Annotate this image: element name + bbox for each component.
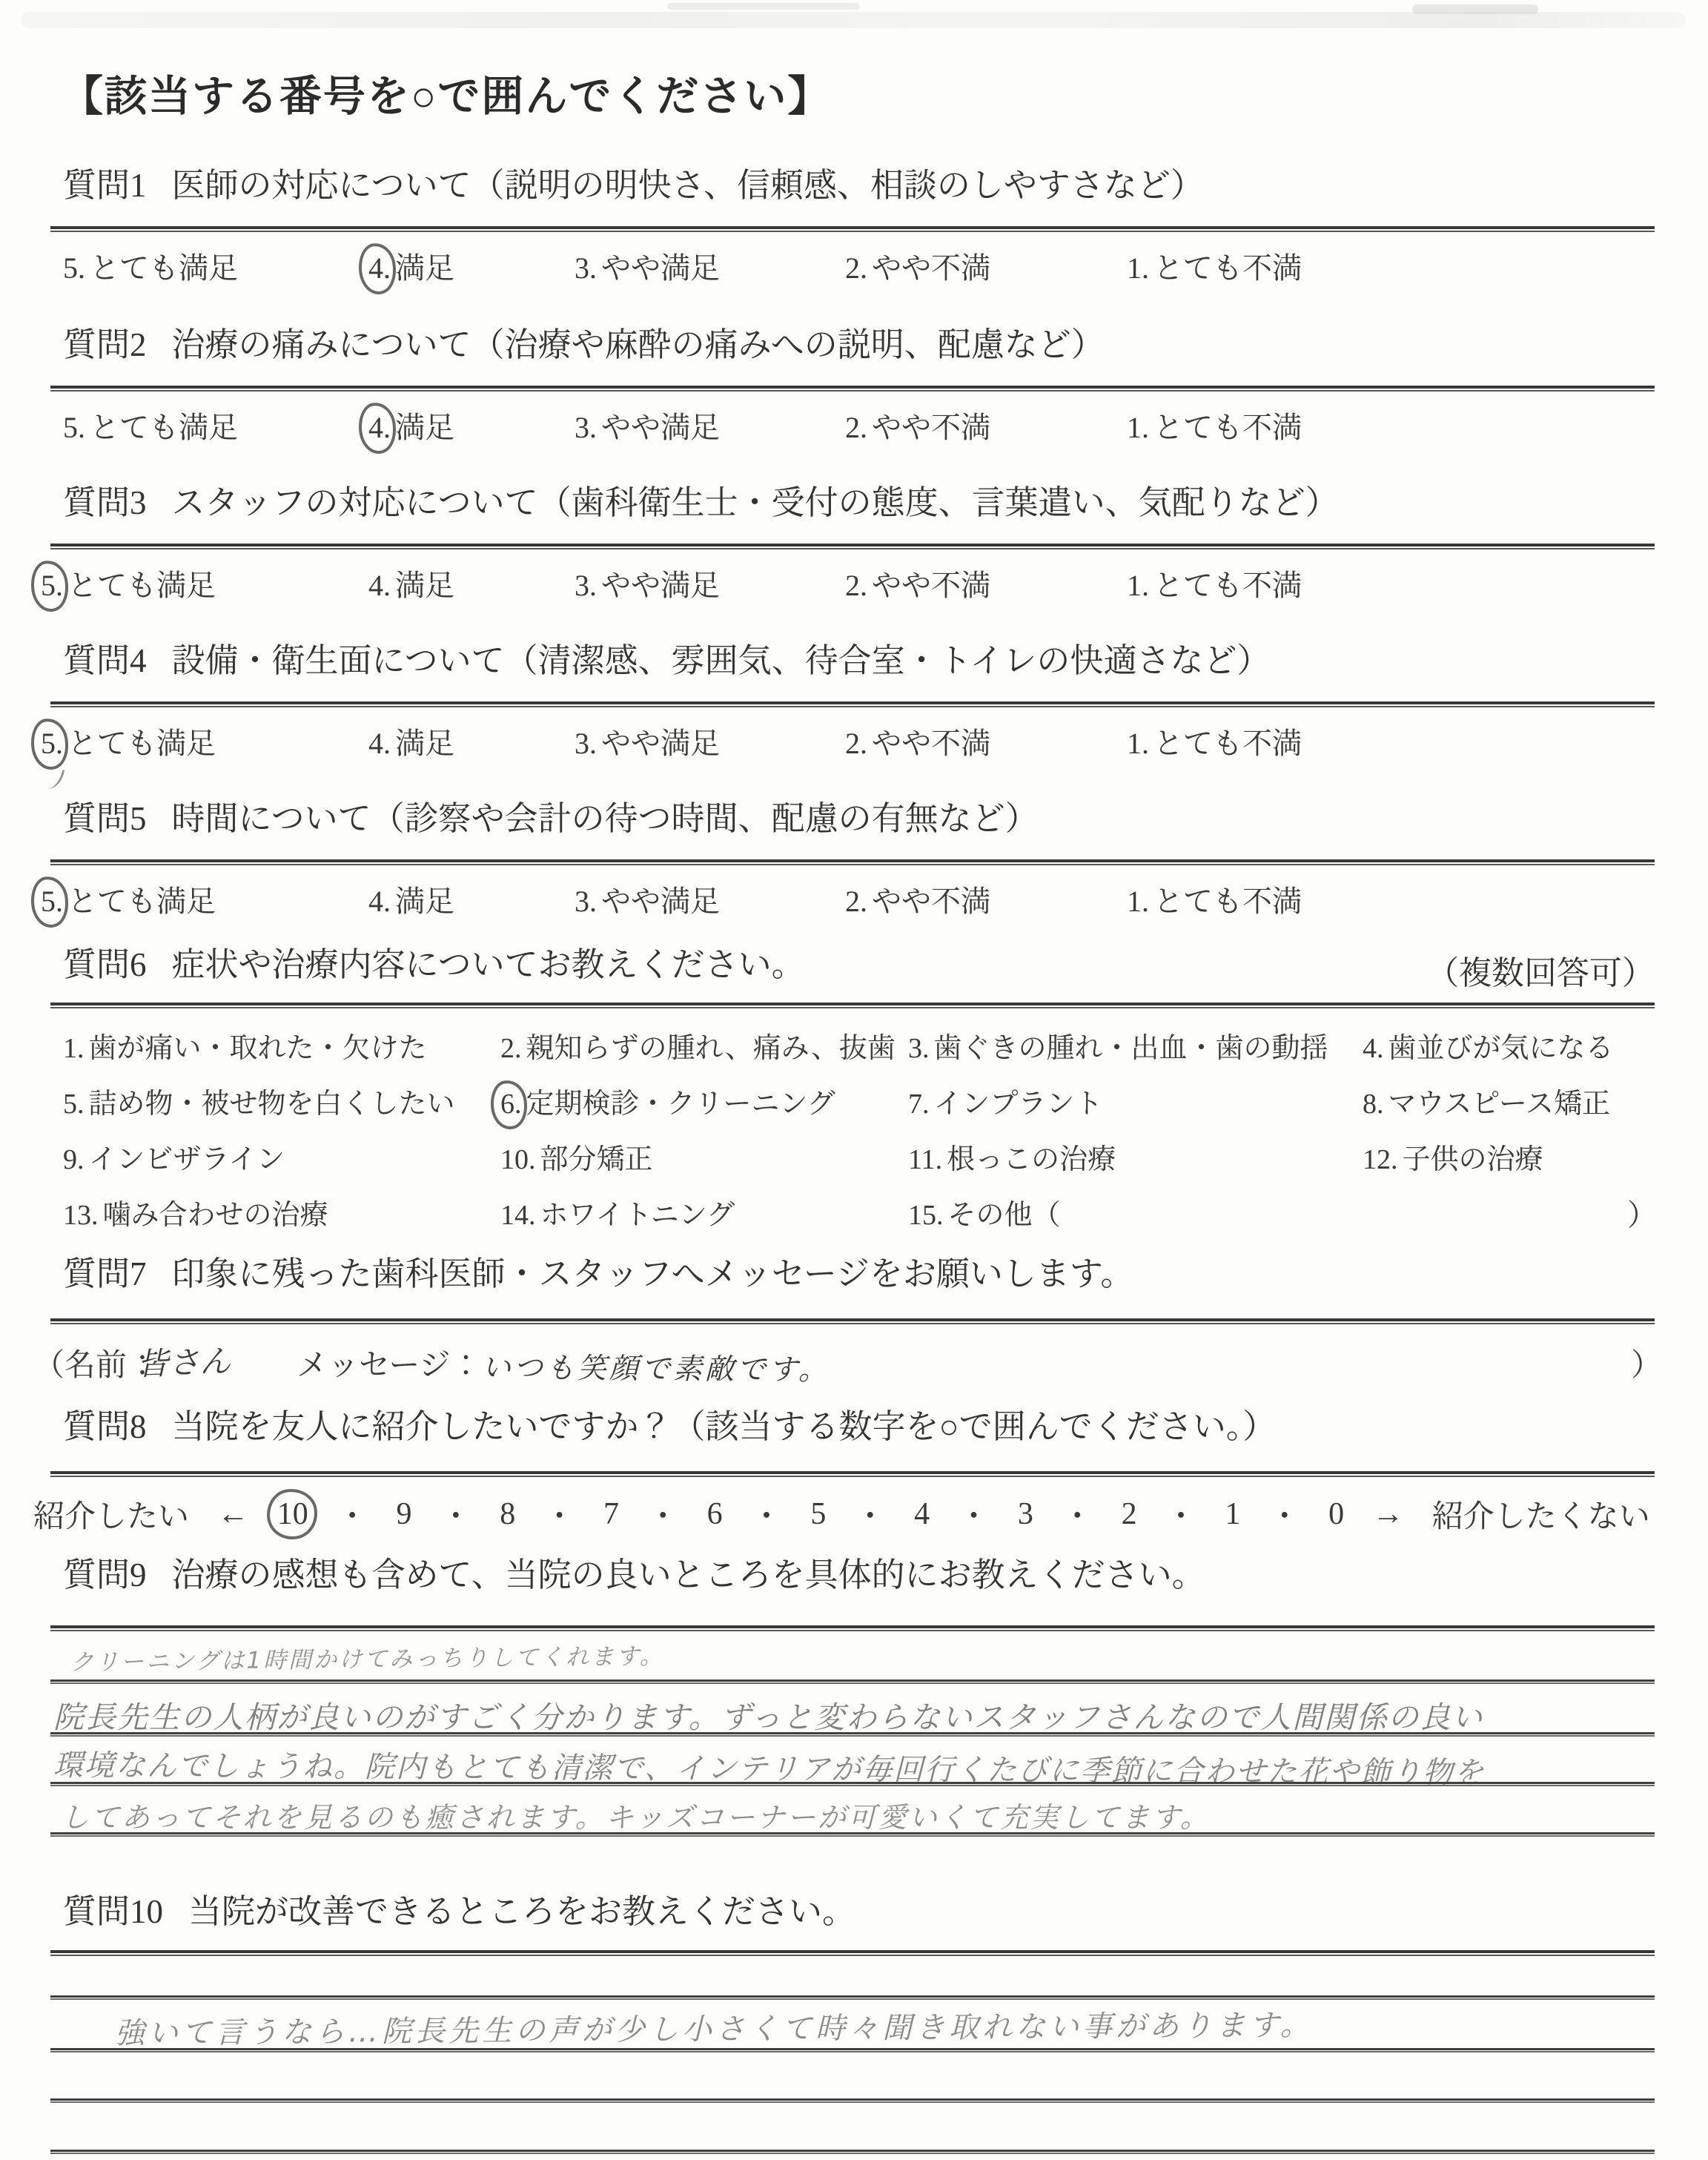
answer-line-rule <box>50 2098 1655 2103</box>
question-2-label: 質問2 <box>63 326 147 363</box>
question-2: 質問2治療の痛みについて（治療や麻酔の痛みへの説明、配慮など） 5.とても満足 … <box>0 326 1708 475</box>
question-8-title: 当院を友人に紹介したいですか？（該当する数字を○で囲んでください。） <box>172 1408 1277 1445</box>
name-handwritten: 皆さん <box>136 1337 231 1384</box>
handwritten-line-4: してあってそれを見るのも癒されます。キッズコーナーが可愛いくて充実してます。 <box>61 1794 1211 1835</box>
option-very-dissatisfied: 1.とても不満 <box>1127 404 1302 446</box>
option-somewhat-dissatisfied: 2.やや不満 <box>845 878 990 920</box>
question-6-label: 質問6 <box>63 946 147 983</box>
question-1-header: 質問1医師の対応について（説明の明快さ、信頼感、相談のしやすさなど） <box>63 167 1204 205</box>
option-somewhat-dissatisfied: 2.やや不満 <box>845 404 990 446</box>
scale-separator: ・ <box>440 1492 471 1536</box>
other-close-paren: ） <box>1627 1192 1657 1234</box>
recommend-scale-row: 紹介したい ← 10 ・ 9 ・ 8 ・ 7 ・ 6 ・ 5 ・ 4 ・ 3 ・… <box>33 1492 1650 1536</box>
scale-separator: ・ <box>647 1492 678 1536</box>
question-3-header: 質問3スタッフの対応について（歯科衛生士・受付の態度、言葉遣い、気配りなど） <box>63 484 1339 523</box>
right-arrow-icon: → <box>1372 1496 1403 1532</box>
symptom-item-13: 13.噛み合わせの治療 <box>63 1192 328 1232</box>
option-very-satisfied: 5.とても満足 <box>41 720 216 762</box>
question-4: 質問4設備・衛生面について（清潔感、雰囲気、待合室・トイレの快適さなど） 5.と… <box>0 642 1708 790</box>
question-2-header: 質問2治療の痛みについて（治療や麻酔の痛みへの説明、配慮など） <box>63 326 1105 365</box>
handwritten-line-2: 院長先生の人柄が良いのがすごく分かります。ずっと変わらないスタッフさんなので人間… <box>53 1693 1483 1737</box>
question-2-title: 治療の痛みについて（治療や麻酔の痛みへの説明、配慮など） <box>172 326 1105 363</box>
option-somewhat-dissatisfied: 2.やや不満 <box>845 562 990 604</box>
recommend-scale-number: 1 <box>1225 1496 1240 1532</box>
closing-paren: ） <box>1631 1341 1662 1385</box>
recommend-right-label: 紹介したくない <box>1432 1492 1650 1536</box>
scale-separator: ・ <box>959 1492 990 1536</box>
multiple-answer-note: （複数回答可） <box>1426 946 1655 994</box>
question-8: 質問8当院を友人に紹介したいですか？（該当する数字を○で囲んでください。） 紹介… <box>0 1408 1708 1549</box>
question-10-label: 質問10 <box>63 1893 163 1930</box>
answer-line-rule <box>50 2048 1655 2052</box>
option-somewhat-satisfied: 3.やや満足 <box>575 720 720 762</box>
recommend-scale-number: 0 <box>1328 1496 1344 1532</box>
recommend-scale-number: 9 <box>396 1496 411 1532</box>
question-9-header: 質問9治療の感想も含めて、当院の良いところを具体的にお教えください。 <box>63 1556 1205 1595</box>
option-satisfied: 4.満足 <box>368 720 454 762</box>
circle-mark: 6. <box>500 1088 522 1120</box>
divider-rule <box>50 1318 1655 1324</box>
symptom-item-11: 11.根っこの治療 <box>908 1136 1116 1177</box>
recommend-scale-number: 5 <box>810 1496 826 1532</box>
divider-rule <box>50 226 1655 232</box>
symptom-item-7: 7.インプラント <box>908 1080 1103 1121</box>
symptom-item-6: 6.定期検診・クリーニング <box>500 1080 835 1121</box>
recommend-left-label: 紹介したい <box>33 1492 189 1536</box>
answer-line-rule <box>50 1782 1655 1786</box>
divider-rule <box>50 1003 1655 1008</box>
answer-line-rule <box>50 1832 1655 1837</box>
message-field-label: メッセージ： <box>297 1341 481 1385</box>
question-7-label: 質問7 <box>63 1255 147 1292</box>
question-1-label: 質問1 <box>63 167 147 204</box>
scale-separator: ・ <box>544 1492 575 1536</box>
answer-line-rule <box>50 1732 1655 1737</box>
question-6-title: 症状や治療内容についてお教えください。 <box>172 946 805 983</box>
question-1: 質問1医師の対応について（説明の明快さ、信頼感、相談のしやすさなど） 5.とても… <box>0 167 1708 315</box>
option-satisfied: 4.満足 <box>368 878 454 920</box>
question-10: 質問10当院が改善できるところをお教えください。 強いて言うなら…院長先生の声が… <box>0 1893 1708 2160</box>
recommend-scale-number: 6 <box>707 1496 723 1532</box>
question-3: 質問3スタッフの対応について（歯科衛生士・受付の態度、言葉遣い、気配りなど） 5… <box>0 484 1708 633</box>
scan-artifact <box>1412 4 1538 14</box>
message-handwritten: いつも笑顔で素敵です。 <box>482 1344 830 1388</box>
symptom-item-1: 1.歯が痛い・取れた・欠けた <box>63 1025 427 1066</box>
recommend-scale-number: 8 <box>500 1496 515 1532</box>
scale-separator: ・ <box>1165 1492 1196 1536</box>
option-satisfied: 4.満足 <box>368 562 454 604</box>
divider-rule <box>50 1625 1655 1631</box>
question-1-title: 医師の対応について（説明の明快さ、信頼感、相談のしやすさなど） <box>172 167 1204 204</box>
recommend-scale-number: 2 <box>1122 1496 1137 1532</box>
circle-mark: 4. <box>368 410 391 445</box>
option-somewhat-satisfied: 3.やや満足 <box>575 245 720 287</box>
divider-rule <box>50 1471 1655 1477</box>
circle-mark: 5. <box>41 726 63 761</box>
option-somewhat-dissatisfied: 2.やや不満 <box>845 245 990 287</box>
question-9-title: 治療の感想も含めて、当院の良いところを具体的にお教えください。 <box>172 1556 1205 1593</box>
divider-rule <box>50 1950 1655 1956</box>
recommend-scale-number: 4 <box>914 1496 930 1532</box>
question-7: 質問7印象に残った歯科医師・スタッフへメッセージをお願いします。 （名前： 皆さ… <box>0 1255 1708 1404</box>
answer-line-rule <box>50 2150 1655 2154</box>
option-satisfied: 4.満足 <box>368 404 454 446</box>
scale-separator: ・ <box>855 1492 886 1536</box>
option-very-satisfied: 5.とても満足 <box>63 404 238 446</box>
scan-artifact <box>21 12 1686 28</box>
scale-separator: ・ <box>337 1492 368 1536</box>
circle-mark: 5. <box>41 884 63 919</box>
divider-rule <box>50 386 1655 392</box>
scan-artifact <box>667 3 860 10</box>
question-6: 質問6症状や治療内容についてお教えください。 （複数回答可） 1.歯が痛い・取れ… <box>0 946 1708 1258</box>
option-somewhat-satisfied: 3.やや満足 <box>575 878 720 920</box>
question-7-title: 印象に残った歯科医師・スタッフへメッセージをお願いします。 <box>172 1255 1134 1292</box>
handwritten-answer: 強いて言うなら…院長先生の声が少し小さくて時々聞き取れない事があります。 <box>115 2001 1314 2052</box>
answer-line-rule <box>50 1995 1655 2000</box>
question-8-label: 質問8 <box>63 1408 147 1445</box>
option-somewhat-satisfied: 3.やや満足 <box>575 562 720 604</box>
question-8-header: 質問8当院を友人に紹介したいですか？（該当する数字を○で囲んでください。） <box>63 1408 1276 1447</box>
left-arrow-icon: ← <box>217 1496 248 1532</box>
symptom-item-8: 8.マウスピース矯正 <box>1363 1080 1610 1121</box>
question-4-title: 設備・衛生面について（清潔感、雰囲気、待合室・トイレの快適さなど） <box>172 642 1271 679</box>
divider-rule <box>50 859 1655 865</box>
question-6-header: 質問6症状や治療内容についてお教えください。 <box>63 946 805 985</box>
symptom-item-14: 14.ホワイトニング <box>500 1192 735 1232</box>
symptom-item-2: 2.親知らずの腫れ、痛み、抜歯 <box>500 1025 896 1066</box>
symptom-item-12: 12.子供の治療 <box>1363 1136 1543 1177</box>
handwritten-line-1: クリーニングは1時間かけてみっちりしてくれます。 <box>70 1637 665 1677</box>
option-very-satisfied: 5.とても満足 <box>63 245 238 287</box>
circle-mark: 10 <box>277 1496 308 1532</box>
option-very-dissatisfied: 1.とても不満 <box>1127 562 1302 604</box>
option-very-dissatisfied: 1.とても不満 <box>1127 878 1302 920</box>
question-10-header: 質問10当院が改善できるところをお教えください。 <box>63 1893 855 1932</box>
scale-separator: ・ <box>751 1492 782 1536</box>
divider-rule <box>50 544 1655 549</box>
circle-mark: 4. <box>368 251 391 285</box>
option-satisfied: 4.満足 <box>368 245 454 287</box>
symptom-item-9: 9.インビザライン <box>63 1136 285 1177</box>
scale-separator: ・ <box>1269 1492 1300 1536</box>
question-5-title: 時間について（診察や会計の待つ時間、配慮の有無など） <box>172 800 1039 837</box>
option-somewhat-dissatisfied: 2.やや不満 <box>845 720 990 762</box>
question-4-label: 質問4 <box>63 642 147 679</box>
option-very-dissatisfied: 1.とても不満 <box>1127 720 1302 762</box>
question-5-header: 質問5時間について（診察や会計の待つ時間、配慮の有無など） <box>63 800 1039 839</box>
question-5: 質問5時間について（診察や会計の待つ時間、配慮の有無など） 5.とても満足 4.… <box>0 800 1708 948</box>
option-very-satisfied: 5.とても満足 <box>41 562 216 604</box>
question-3-label: 質問3 <box>63 484 147 521</box>
scale-separator: ・ <box>1062 1492 1093 1536</box>
answer-line-rule <box>50 1680 1655 1684</box>
question-5-label: 質問5 <box>63 800 147 837</box>
question-4-header: 質問4設備・衛生面について（清潔感、雰囲気、待合室・トイレの快適さなど） <box>63 642 1270 681</box>
question-9: 質問9治療の感想も含めて、当院の良いところを具体的にお教えください。 クリーニン… <box>0 1556 1708 1853</box>
symptom-item-10: 10.部分矯正 <box>500 1136 653 1177</box>
option-somewhat-satisfied: 3.やや満足 <box>575 404 720 446</box>
form-title: 【該当する番号を○で囲んでください】 <box>61 62 831 123</box>
symptom-item-4: 4.歯並びが気になる <box>1363 1025 1614 1066</box>
divider-rule <box>50 701 1655 707</box>
option-very-dissatisfied: 1.とても不満 <box>1127 245 1302 287</box>
symptom-item-15: 15.その他（ <box>908 1192 1061 1232</box>
question-7-header: 質問7印象に残った歯科医師・スタッフへメッセージをお願いします。 <box>63 1255 1133 1294</box>
recommend-scale-number: 7 <box>603 1496 619 1532</box>
question-9-label: 質問9 <box>63 1556 147 1593</box>
question-3-title: スタッフの対応について（歯科衛生士・受付の態度、言葉遣い、気配りなど） <box>172 484 1339 521</box>
symptom-item-3: 3.歯ぐきの腫れ・出血・歯の動揺 <box>908 1025 1328 1066</box>
circle-mark: 5. <box>41 568 63 603</box>
survey-form-page: 【該当する番号を○で囲んでください】 質問1医師の対応について（説明の明快さ、信… <box>0 0 1708 2160</box>
question-10-title: 当院が改善できるところをお教えください。 <box>188 1893 855 1930</box>
option-very-satisfied: 5.とても満足 <box>41 878 216 920</box>
symptom-item-5: 5.詰め物・被せ物を白くしたい <box>63 1080 455 1121</box>
recommend-scale-number: 3 <box>1018 1496 1033 1532</box>
